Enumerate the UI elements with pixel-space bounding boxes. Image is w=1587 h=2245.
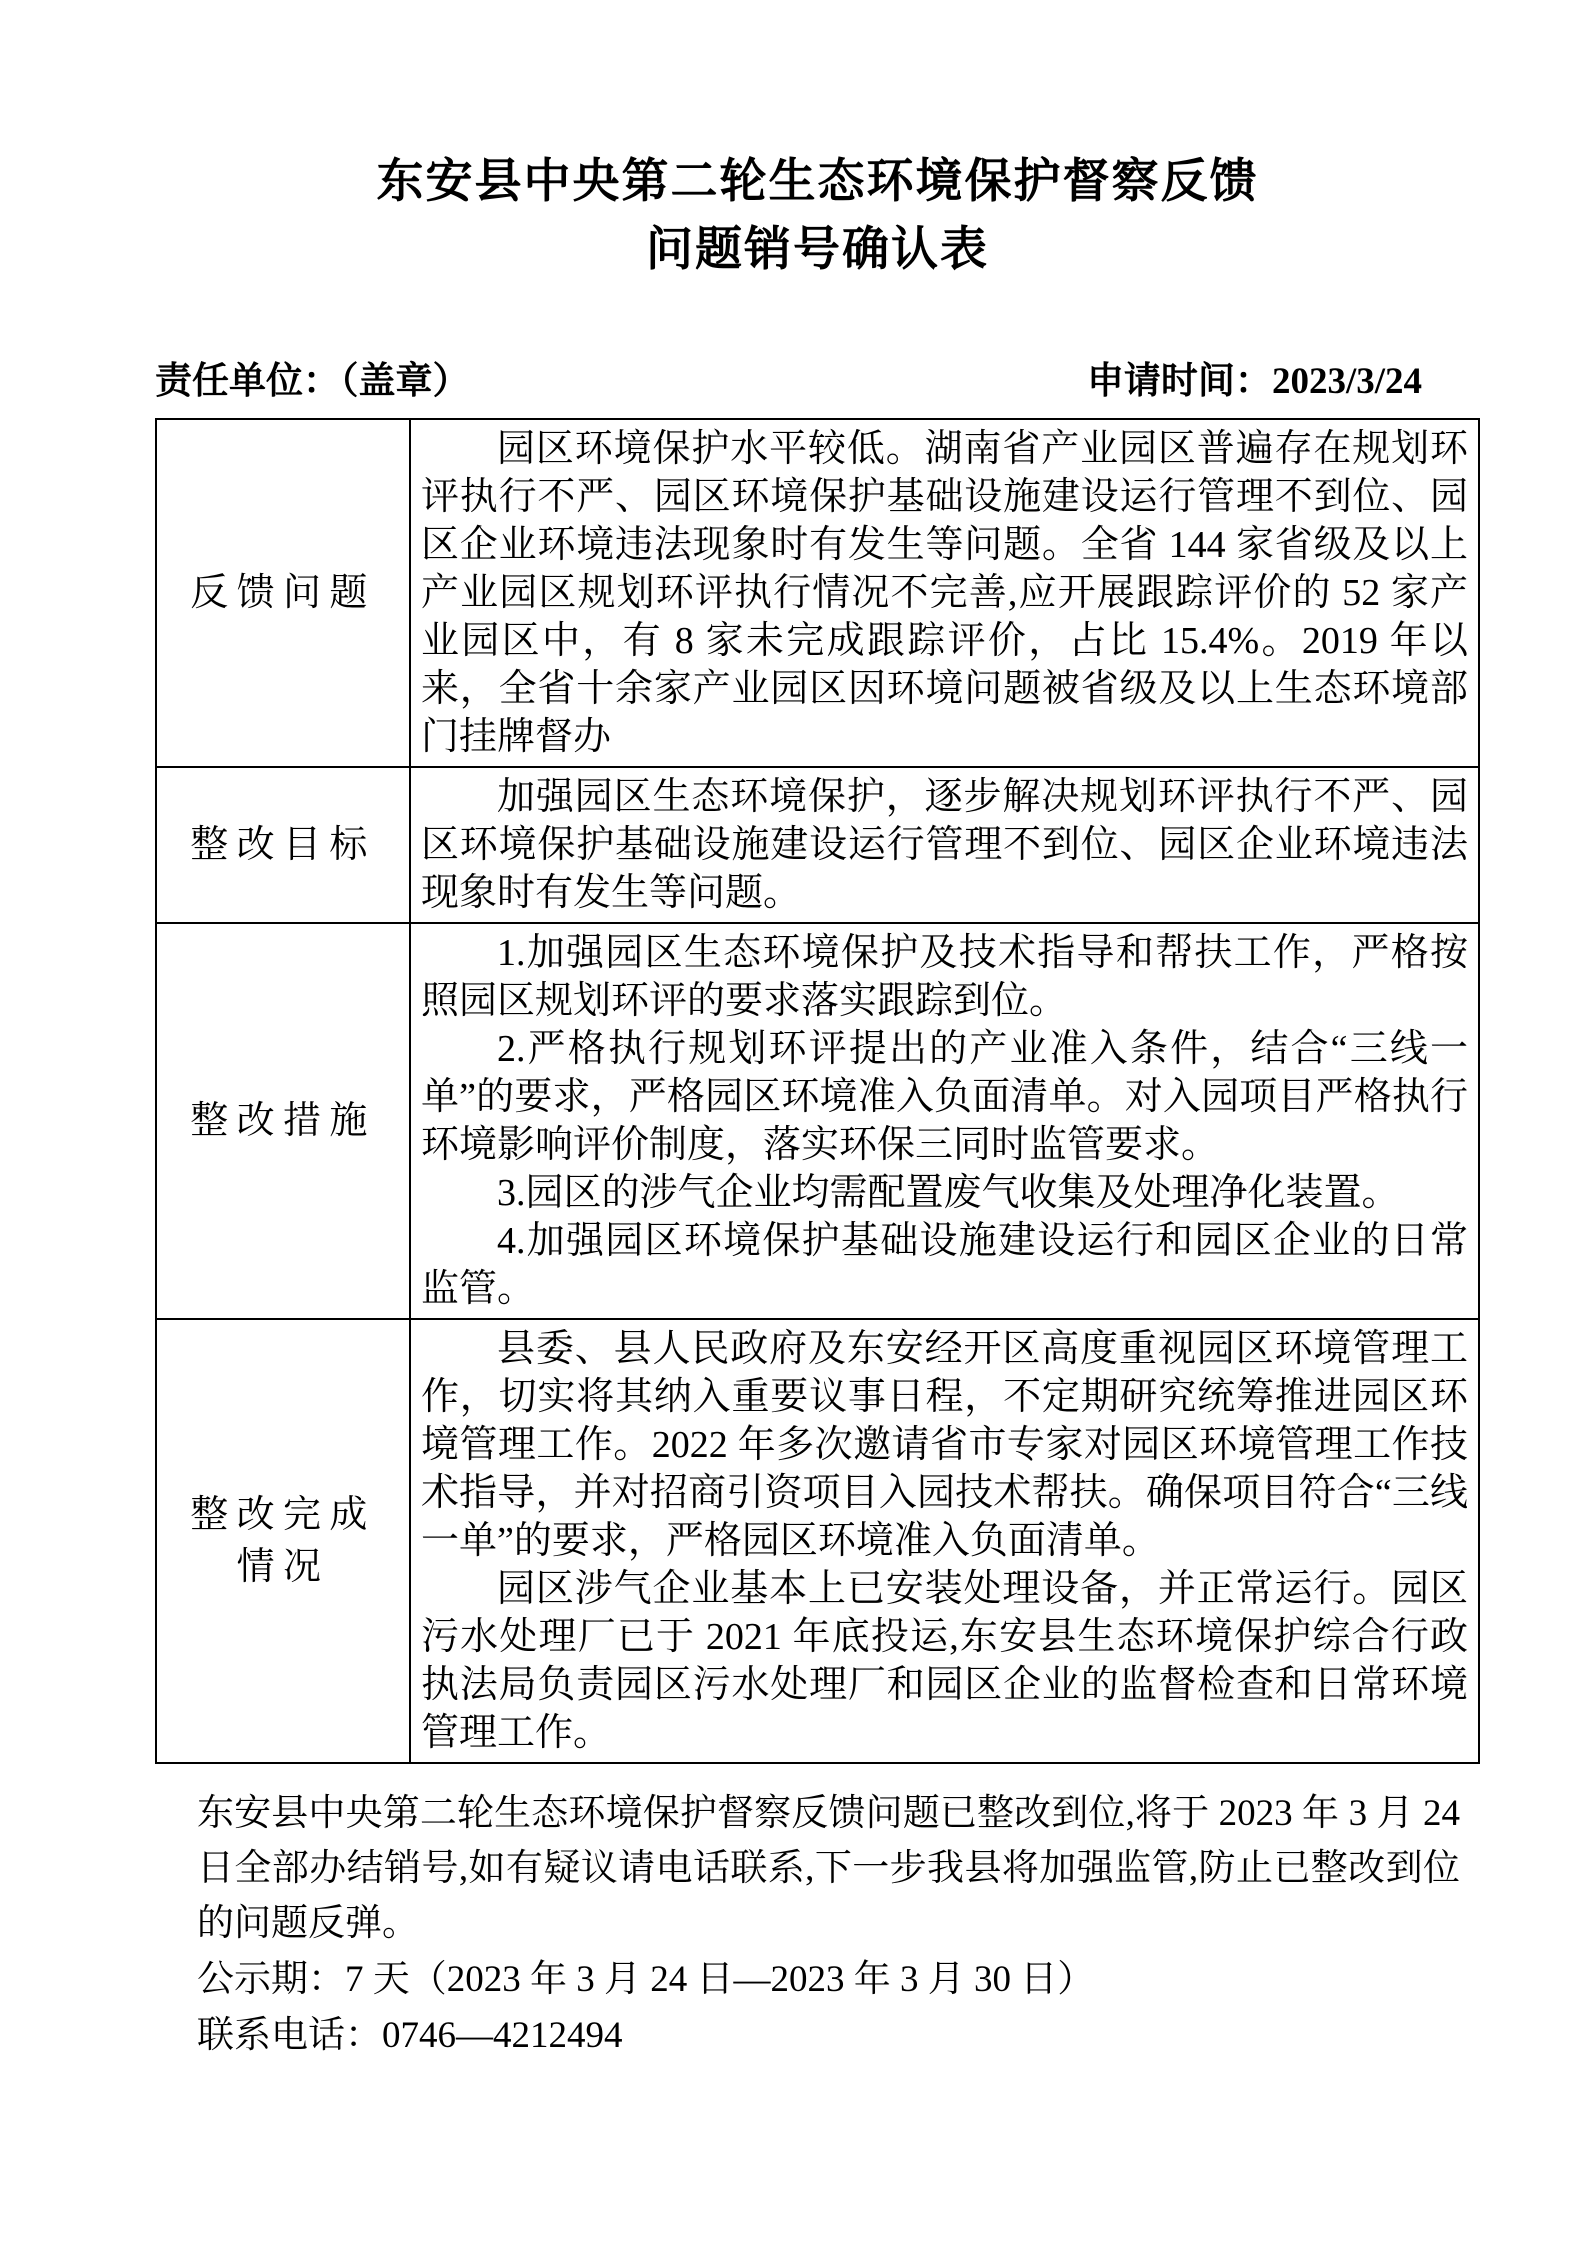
apply-time: 申请时间：2023/3/24 [1087, 350, 1422, 404]
responsible-unit-label: 责任单位： [155, 361, 340, 402]
confirmation-table-body: 反馈问题 园区环境保护水平较低。湖南省产业园区普遍存在规划环评执行不严、园区环境… [156, 419, 1479, 1763]
table-row: 反馈问题 园区环境保护水平较低。湖南省产业园区普遍存在规划环评执行不严、园区环境… [156, 419, 1479, 767]
responsible-unit: 责任单位：（盖章） [155, 350, 470, 404]
document-title: 东安县中央第二轮生态环境保护督察反馈 问题销号确认表 [155, 148, 1480, 284]
meta-row: 责任单位：（盖章） 申请时间：2023/3/24 [155, 350, 1480, 404]
paragraph: 3.园区的涉气企业均需配置废气收集及处理净化装置。 [421, 1169, 1468, 1217]
apply-time-label: 申请时间： [1087, 361, 1272, 402]
row-label: 整改完成情况 [156, 1319, 410, 1763]
paragraph: 园区环境保护水平较低。湖南省产业园区普遍存在规划环评执行不严、园区环境保护基础设… [421, 425, 1468, 761]
document-title-line1: 东安县中央第二轮生态环境保护督察反馈 [377, 156, 1259, 208]
paragraph: 园区涉气企业基本上已安装处理设备，并正常运行。园区污水处理厂已于 2021 年底… [421, 1565, 1468, 1757]
footer-line: 联系电话：0746—4212494 [197, 2008, 1460, 2063]
row-label: 整改措施 [156, 923, 410, 1319]
paragraph: 县委、县人民政府及东安经开区高度重视园区环境管理工作，切实将其纳入重要议事日程，… [421, 1325, 1468, 1565]
row-content: 加强园区生态环境保护，逐步解决规划环评执行不严、园区环境保护基础设施建设运行管理… [410, 767, 1479, 923]
table-row: 整改措施 1.加强园区生态环境保护及技术指导和帮扶工作，严格按照园区规划环评的要… [156, 923, 1479, 1319]
row-content: 园区环境保护水平较低。湖南省产业园区普遍存在规划环评执行不严、园区环境保护基础设… [410, 419, 1479, 767]
paragraph: 2.严格执行规划环评提出的产业准入条件，结合“三线一单”的要求，严格园区环境准入… [421, 1025, 1468, 1169]
row-label: 反馈问题 [156, 419, 410, 767]
paragraph: 4.加强园区环境保护基础设施建设运行和园区企业的日常监管。 [421, 1217, 1468, 1313]
footer-line: 公示期：7 天（2023 年 3 月 24 日—2023 年 3 月 30 日） [197, 1952, 1460, 2007]
row-label: 整改目标 [156, 767, 410, 923]
confirmation-table: 反馈问题 园区环境保护水平较低。湖南省产业园区普遍存在规划环评执行不严、园区环境… [155, 418, 1480, 1764]
row-content: 1.加强园区生态环境保护及技术指导和帮扶工作，严格按照园区规划环评的要求落实跟踪… [410, 923, 1479, 1319]
paragraph: 1.加强园区生态环境保护及技术指导和帮扶工作，严格按照园区规划环评的要求落实跟踪… [421, 929, 1468, 1025]
row-content: 县委、县人民政府及东安经开区高度重视园区环境管理工作，切实将其纳入重要议事日程，… [410, 1319, 1479, 1763]
responsible-unit-value: （盖章） [340, 361, 470, 402]
paragraph: 加强园区生态环境保护，逐步解决规划环评执行不严、园区环境保护基础设施建设运行管理… [421, 773, 1468, 917]
footer-line: 东安县中央第二轮生态环境保护督察反馈问题已整改到位,将于 2023 年 3 月 … [197, 1786, 1460, 1951]
table-row: 整改完成情况 县委、县人民政府及东安经开区高度重视园区环境管理工作，切实将其纳入… [156, 1319, 1479, 1763]
table-row: 整改目标 加强园区生态环境保护，逐步解决规划环评执行不严、园区环境保护基础设施建… [156, 767, 1479, 923]
apply-time-value: 2023/3/24 [1272, 361, 1422, 402]
document-page: 东安县中央第二轮生态环境保护督察反馈 问题销号确认表 责任单位：（盖章） 申请时… [0, 0, 1587, 2245]
footer-notes: 东安县中央第二轮生态环境保护督察反馈问题已整改到位,将于 2023 年 3 月 … [197, 1786, 1460, 2063]
document-title-line2: 问题销号确认表 [646, 224, 989, 276]
